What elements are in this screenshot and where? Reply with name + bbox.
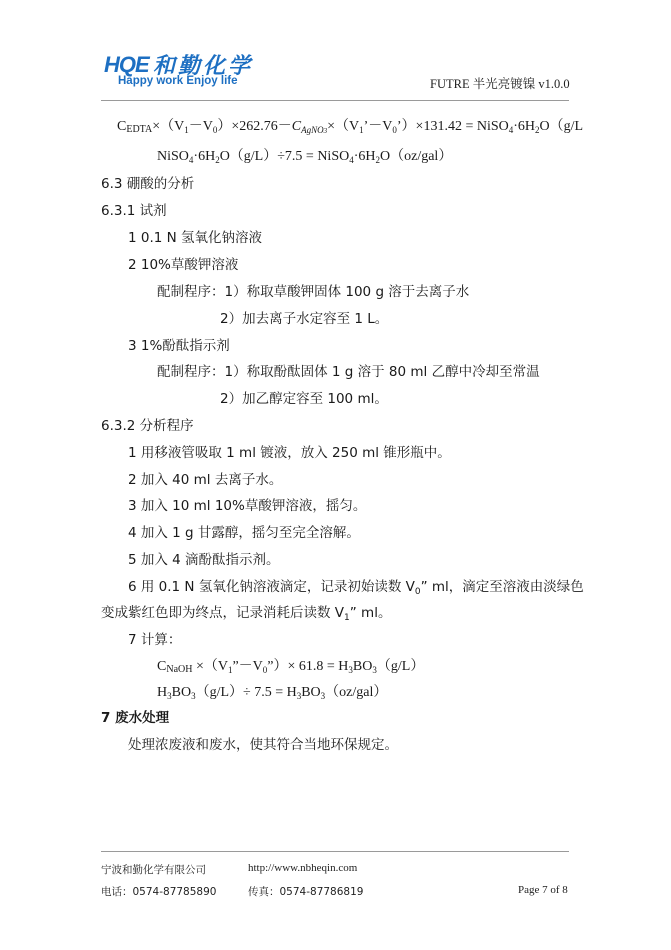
footer-fax: 传真：0574-87786819 xyxy=(248,884,363,899)
procedure-step-continued: 变成紫红色即为终点，记录消耗后读数 V1” ml。 xyxy=(101,604,391,627)
footer-divider xyxy=(101,851,569,852)
section-heading-7: 7 废水处理 xyxy=(101,709,169,727)
section-7-paragraph: 处理浓废液和废水，使其符合当地环保规定。 xyxy=(128,736,398,754)
reagent-item: 2 10%草酸钾溶液 xyxy=(128,256,238,274)
reagent-prep-step: 配制程序：1）称取草酸钾固体 100 g 溶于去离子水 xyxy=(157,283,469,301)
procedure-step: 6 用 0.1 N 氢氧化钠溶液滴定，记录初始读数 V0” ml，滴定至溶液由淡… xyxy=(128,578,584,601)
company-slogan: Happy work Enjoy life xyxy=(118,75,238,87)
procedure-step: 7 计算： xyxy=(128,631,181,649)
reagent-item: 1 0.1 N 氢氧化钠溶液 xyxy=(128,229,262,247)
procedure-step: 1 用移液管吸取 1 ml 镀液，放入 250 ml 锥形瓶中。 xyxy=(128,444,451,462)
reagent-prep-step: 2）加乙醇定容至 100 ml。 xyxy=(220,390,388,408)
formula-boric-acid-conversion: H3BO3（g/L）÷ 7.5 = H3BO3（oz/gal） xyxy=(157,684,387,705)
reagent-prep-step: 配制程序：1）称取酚酞固体 1 g 溶于 80 ml 乙醇中冷却至常温 xyxy=(157,363,540,381)
procedure-step: 3 加入 10 ml 10%草酸钾溶液，摇匀。 xyxy=(128,497,366,515)
document-title: FUTRE 半光亮镀镍 v1.0.0 xyxy=(430,74,570,92)
section-heading-6-3-2: 6.3.2 分析程序 xyxy=(101,417,194,435)
section-heading-6-3: 6.3 硼酸的分析 xyxy=(101,175,194,193)
procedure-step: 4 加入 1 g 甘露醇，摇匀至完全溶解。 xyxy=(128,524,360,542)
reagent-item: 3 1%酚酞指示剂 xyxy=(128,337,230,355)
footer-phone: 电话：0574-87785890 xyxy=(101,884,216,899)
footer-website-link[interactable]: http://www.nbheqin.com xyxy=(248,862,357,874)
page-number: Page 7 of 8 xyxy=(518,884,568,896)
procedure-step: 5 加入 4 滴酚酞指示剂。 xyxy=(128,551,280,569)
formula-boric-acid: CNaOH ×（V1”－V0”）× 61.8 = H3BO3（g/L） xyxy=(157,658,424,679)
formula-nickel-sulfate: CEDTA×（V1－V0）×262.76－CAgNO3×（V1’－V0’）×13… xyxy=(117,118,583,140)
procedure-step: 2 加入 40 ml 去离子水。 xyxy=(128,471,282,489)
header-divider xyxy=(101,100,569,101)
section-heading-6-3-1: 6.3.1 试剂 xyxy=(101,202,167,220)
footer-company-name: 宁波和勤化学有限公司 xyxy=(101,862,206,877)
reagent-prep-step: 2）加去离子水定容至 1 L。 xyxy=(220,310,388,328)
formula-nickel-sulfate-conversion: NiSO4·6H2O（g/L）÷7.5 = NiSO4·6H2O（oz/gal） xyxy=(157,148,452,169)
